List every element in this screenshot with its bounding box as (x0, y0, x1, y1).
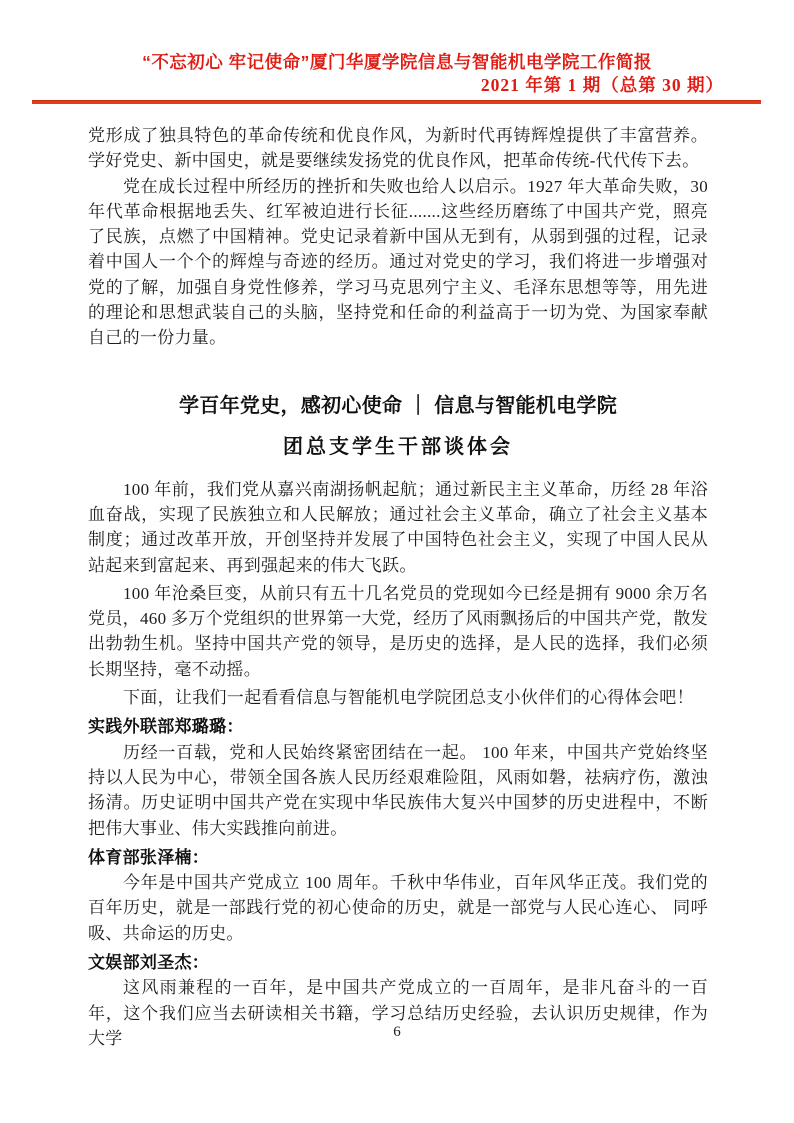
bulletin-title: “不忘初心 牢记使命”厦门华厦学院信息与智能机电学院工作简报 (0, 51, 794, 73)
testimonial-block: 实践外联部郑璐璐： 历经一百载，党和人民始终紧密团结在一起。 100 年来，中国… (88, 714, 708, 840)
header-divider-rule (32, 100, 761, 104)
testimonial-label: 实践外联部郑璐璐： (88, 714, 708, 739)
section-paragraph: 下面，让我们一起看看信息与智能机电学院团总支小伙伴们的心得体会吧！ (88, 685, 708, 710)
testimonial-text: 历经一百载，党和人民始终紧密团结在一起。 100 年来，中国共产党始终坚持以人民… (88, 740, 708, 841)
testimonial-label: 文娱部刘圣杰： (88, 950, 708, 975)
section-heading-line1: 学百年党史，感初心使命 ｜ 信息与智能机电学院 (88, 393, 708, 419)
document-page: “不忘初心 牢记使命”厦门华厦学院信息与智能机电学院工作简报 2021 年第 1… (0, 0, 794, 1123)
bulletin-header: “不忘初心 牢记使命”厦门华厦学院信息与智能机电学院工作简报 2021 年第 1… (0, 0, 794, 104)
testimonial-label: 体育部张泽楠： (88, 845, 708, 870)
section-paragraph: 100 年前，我们党从嘉兴南湖扬帆起航；通过新民主主义革命，历经 28 年浴血奋… (88, 477, 708, 578)
bulletin-issue-number: 2021 年第 1 期（总第 30 期） (0, 75, 794, 95)
intro-paragraph: 党在成长过程中所经历的挫折和失败也给人以启示。1927 年大革命失败，30 年代… (88, 174, 708, 351)
section-heading-line2: 团总支学生干部谈体会 (88, 434, 708, 460)
intro-paragraph: 党形成了独具特色的革命传统和优良作风，为新时代再铸辉煌提供了丰富营养。学好党史、… (88, 123, 708, 174)
testimonial-text: 今年是中国共产党成立 100 周年。千秋中华伟业，百年风华正茂。我们党的百年历史… (88, 870, 708, 946)
document-body: 党形成了独具特色的革命传统和优良作风，为新时代再铸辉煌提供了丰富营养。学好党史、… (88, 123, 708, 1051)
section-paragraph: 100 年沧桑巨变，从前只有五十几名党员的党现如今已经是拥有 9000 余万名党… (88, 581, 708, 682)
page-number: 6 (0, 1024, 794, 1041)
testimonial-block: 体育部张泽楠： 今年是中国共产党成立 100 周年。千秋中华伟业，百年风华正茂。… (88, 845, 708, 946)
